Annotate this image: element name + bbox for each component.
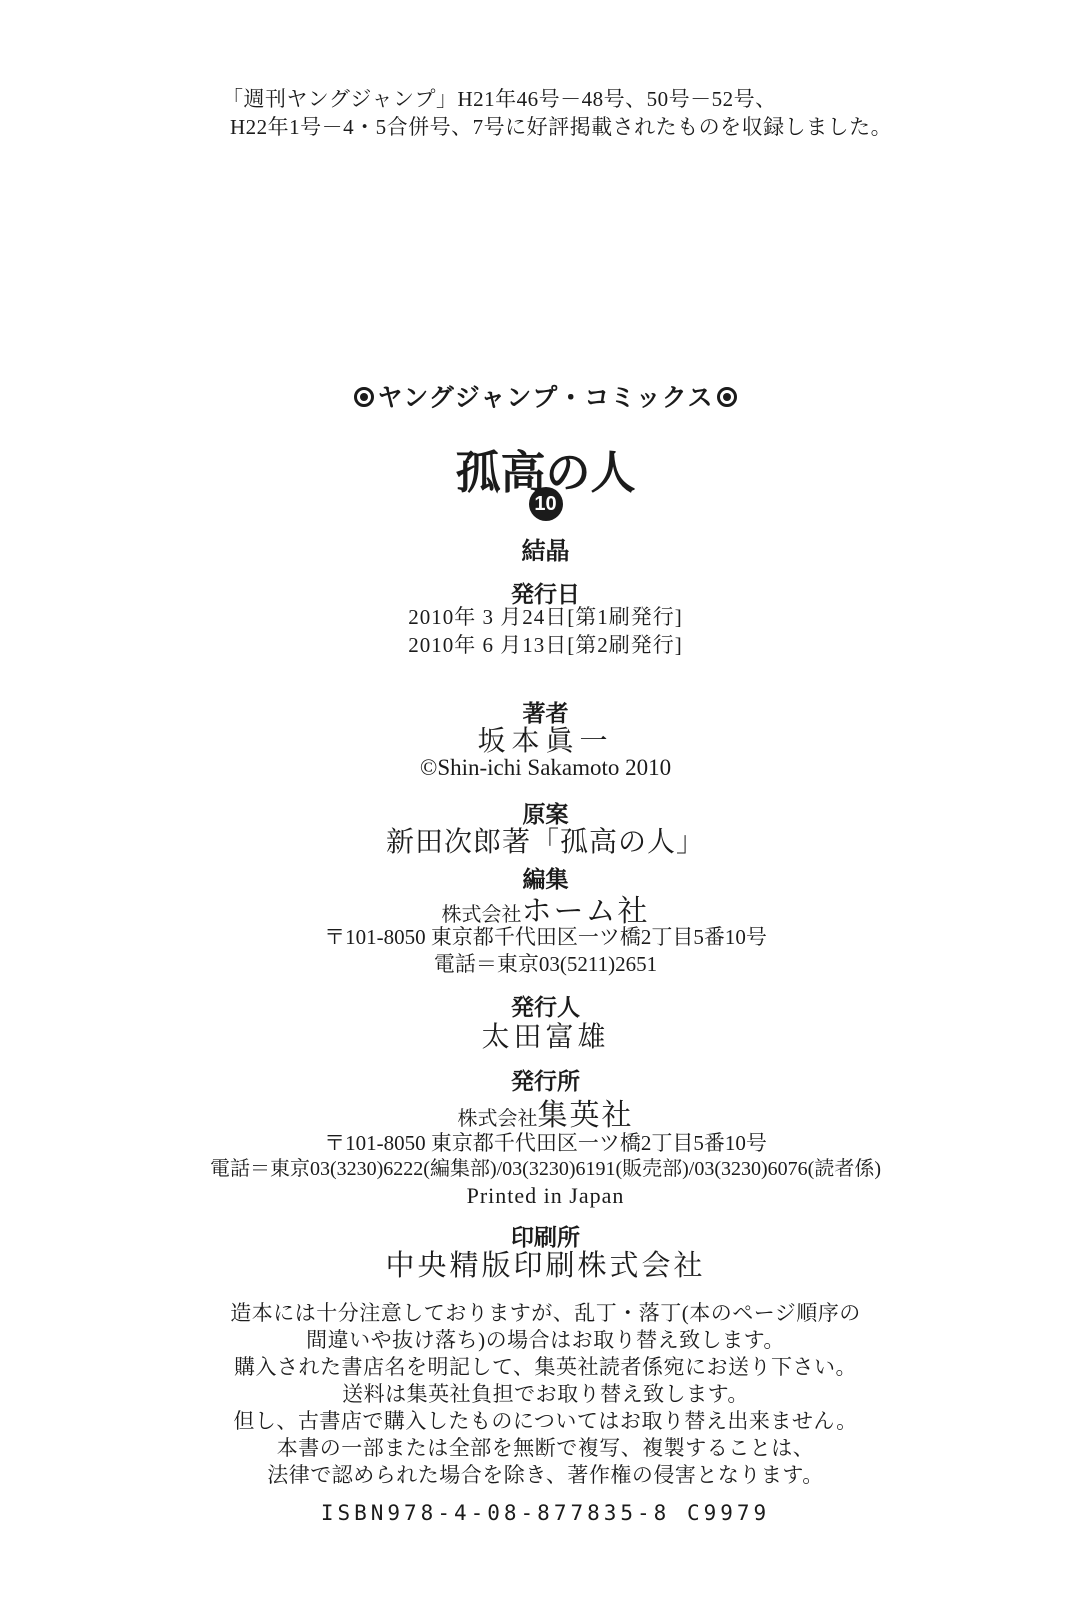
disclaimer-line: 本書の一部または全部を無断で複写、複製することは、	[0, 1435, 1091, 1462]
defect-replacement-notice: 造本には十分注意しておりますが、乱丁・落丁(本のページ順序の 間違いや抜け落ち)…	[0, 1300, 1091, 1489]
disclaimer-line: 但し、古書店で購入したものについてはお取り替え出来ません。	[0, 1408, 1091, 1435]
disclaimer-line: 送料は集英社負担でお取り替え致します。	[0, 1381, 1091, 1408]
disclaimer-line: 購入された書店名を明記して、集英社読者係宛にお送り下さい。	[0, 1354, 1091, 1381]
series-label: ヤングジャンプ・コミックス	[377, 384, 713, 412]
publisher-phone: 電話＝東京03(3230)6222(編集部)/03(3230)6191(販売部)…	[0, 1152, 1091, 1181]
series-label-row: ヤングジャンプ・コミックス	[0, 378, 1091, 414]
isbn-code: ISBN978-4-08-877835-8 C9979	[0, 1501, 1091, 1525]
volume-badge-row: 10	[0, 487, 1091, 521]
serialization-note-line2: H22年1号－4・5合併号、7号に好評掲載されたものを収録しました。	[222, 113, 892, 141]
copyright-notice: ©Shin-ichi Sakamoto 2010	[0, 755, 1091, 781]
serialization-note-line1: 「週刊ヤングジャンプ」H21年46号－48号、50号－52号、	[222, 85, 892, 113]
editing-phone: 電話＝東京03(5211)2651	[0, 948, 1091, 978]
volume-subtitle: 結晶	[0, 531, 1091, 566]
disclaimer-line: 間違いや抜け落ち)の場合はお取り替え致します。	[0, 1327, 1091, 1354]
editing-address: 〒101-8050 東京都千代田区一ツ橋2丁目5番10号	[0, 921, 1091, 951]
original-work-credit: 新田次郎著「孤高の人」	[0, 820, 1091, 860]
printer-company: 中央精版印刷株式会社	[0, 1243, 1091, 1284]
first-printing-date: 2010年 3 月24日[第1刷発行]	[0, 601, 1091, 631]
disclaimer-line: 法律で認められた場合を除き、著作権の侵害となります。	[0, 1462, 1091, 1489]
fisheye-icon-right	[717, 387, 737, 407]
colophon-page: 「週刊ヤングジャンプ」H21年46号－48号、50号－52号、 H22年1号－4…	[0, 0, 1091, 1600]
disclaimer-line: 造本には十分注意しておりますが、乱丁・落丁(本のページ順序の	[0, 1300, 1091, 1327]
author-name: 坂本眞一	[0, 719, 1091, 759]
volume-number: 10	[534, 493, 556, 516]
serialization-note: 「週刊ヤングジャンプ」H21年46号－48号、50号－52号、 H22年1号－4…	[222, 85, 892, 141]
fisheye-icon-left	[354, 387, 374, 407]
printed-in-japan: Printed in Japan	[0, 1183, 1091, 1209]
second-printing-date: 2010年 6 月13日[第2刷発行]	[0, 629, 1091, 659]
volume-number-badge: 10	[529, 487, 563, 521]
issuer-name: 太田富雄	[0, 1015, 1091, 1055]
